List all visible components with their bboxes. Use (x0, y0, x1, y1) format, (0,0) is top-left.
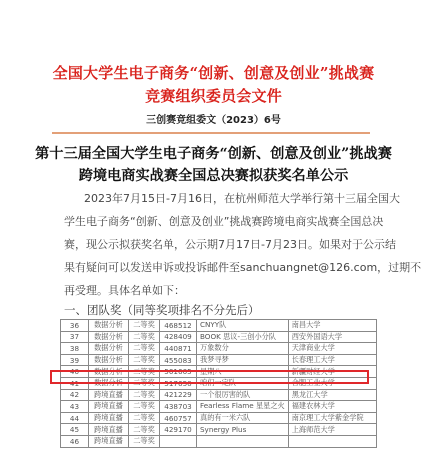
row-number: 37 (61, 331, 89, 343)
highlight-box-row-40 (50, 370, 369, 384)
row-id: 455083 (160, 354, 197, 366)
row-team: 我梦寻梦 (197, 354, 289, 366)
document-header-title-line2: 竞赛组织委员会文件 (0, 85, 427, 106)
notice-paragraph-line: 赛，现公示拟获奖名单，公示期7月17日-7月23日。如果对于公示结 (64, 236, 364, 252)
row-prize: 二等奖 (129, 412, 160, 424)
row-category: 跨境直播 (89, 435, 129, 447)
notice-title-line2: 跨境电商实战赛全国总决赛拟获奖名单公示 (0, 165, 427, 185)
row-id: 468512 (160, 320, 197, 332)
table-row: 39 数据分析 二等奖 455083 我梦寻梦 长春理工大学 (61, 354, 377, 366)
row-category: 数据分析 (89, 343, 129, 355)
row-team (197, 435, 289, 447)
row-prize: 二等奖 (129, 343, 160, 355)
row-prize: 二等奖 (129, 320, 160, 332)
row-category: 跨境直播 (89, 412, 129, 424)
row-number: 46 (61, 435, 89, 447)
row-team: Fearless Flame 星星之火 (197, 401, 289, 413)
row-prize: 二等奖 (129, 331, 160, 343)
row-school: 上海师范大学 (288, 424, 376, 436)
row-id: 429170 (160, 424, 197, 436)
row-id: 428409 (160, 331, 197, 343)
header-divider (52, 132, 370, 134)
row-team: 万象数分 (197, 343, 289, 355)
row-school: 天津商业大学 (288, 343, 376, 355)
row-category: 跨境直播 (89, 389, 129, 401)
row-category: 跨境直播 (89, 424, 129, 436)
row-school: 南昌大学 (288, 320, 376, 332)
row-school: 南京理工大学紫金学院 (288, 412, 376, 424)
row-category: 跨境直播 (89, 401, 129, 413)
table-row: 42 跨境直播 二等奖 421229 一个很厉害的队 黑龙江大学 (61, 389, 377, 401)
row-id: 438703 (160, 401, 197, 413)
table-row: 45 跨境直播 二等奖 429170 Synergy Plus 上海师范大学 (61, 424, 377, 436)
section-heading-team-awards: 一、团队奖（同等奖项排名不分先后） (64, 302, 260, 318)
table-row-partial: 46 跨境直播 二等奖 (61, 435, 377, 447)
row-number: 36 (61, 320, 89, 332)
row-id (160, 435, 197, 447)
row-team: BOOK 思议-三创小分队 (197, 331, 289, 343)
row-school: 黑龙江大学 (288, 389, 376, 401)
row-school: 福建农林大学 (288, 401, 376, 413)
document-header-title-line1: 全国大学生电子商务“创新、创意及创业”挑战赛 (0, 62, 427, 83)
table-row: 36 数据分析 二等奖 468512 CNYY队 南昌大学 (61, 320, 377, 332)
row-category: 数据分析 (89, 331, 129, 343)
row-id: 421229 (160, 389, 197, 401)
row-school: 西安外国语大学 (288, 331, 376, 343)
row-prize: 二等奖 (129, 354, 160, 366)
table-row: 44 跨境直播 二等奖 460757 真的有一米六队 南京理工大学紫金学院 (61, 412, 377, 424)
row-number: 42 (61, 389, 89, 401)
row-prize: 二等奖 (129, 389, 160, 401)
row-number: 45 (61, 424, 89, 436)
row-number: 39 (61, 354, 89, 366)
row-number: 38 (61, 343, 89, 355)
table-row: 43 跨境直播 二等奖 438703 Fearless Flame 星星之火 福… (61, 401, 377, 413)
row-category: 数据分析 (89, 320, 129, 332)
notice-paragraph-line: 学生电子商务“创新、创意及创业”挑战赛跨境电商实战赛全国总决 (64, 213, 364, 229)
row-team: 真的有一米六队 (197, 412, 289, 424)
row-prize: 二等奖 (129, 424, 160, 436)
row-id: 440871 (160, 343, 197, 355)
row-team: 一个很厉害的队 (197, 389, 289, 401)
row-category: 数据分析 (89, 354, 129, 366)
row-id: 460757 (160, 412, 197, 424)
row-school (288, 435, 376, 447)
notice-paragraph-line: 2023年7月15日-7月16日，在杭州师范大学举行第十三届全国大 (84, 190, 384, 206)
table-row: 37 数据分析 二等奖 428409 BOOK 思议-三创小分队 西安外国语大学 (61, 331, 377, 343)
row-prize: 二等奖 (129, 401, 160, 413)
document-number: 三创赛竞组委文（2023）6号 (0, 111, 427, 126)
row-number: 44 (61, 412, 89, 424)
row-team: Synergy Plus (197, 424, 289, 436)
notice-paragraph-line: 再受理。具体名单如下： (64, 282, 364, 298)
row-team: CNYY队 (197, 320, 289, 332)
row-prize: 二等奖 (129, 435, 160, 447)
table-row: 38 数据分析 二等奖 440871 万象数分 天津商业大学 (61, 343, 377, 355)
row-school: 长春理工大学 (288, 354, 376, 366)
notice-paragraph-line: 果有疑问可以发送申诉或投诉邮件至sanchuangnet@126.com，过期不 (64, 259, 364, 275)
notice-title-line1: 第十三届全国大学生电子商务“创新、创意及创业”挑战赛 (0, 143, 427, 163)
row-number: 43 (61, 401, 89, 413)
